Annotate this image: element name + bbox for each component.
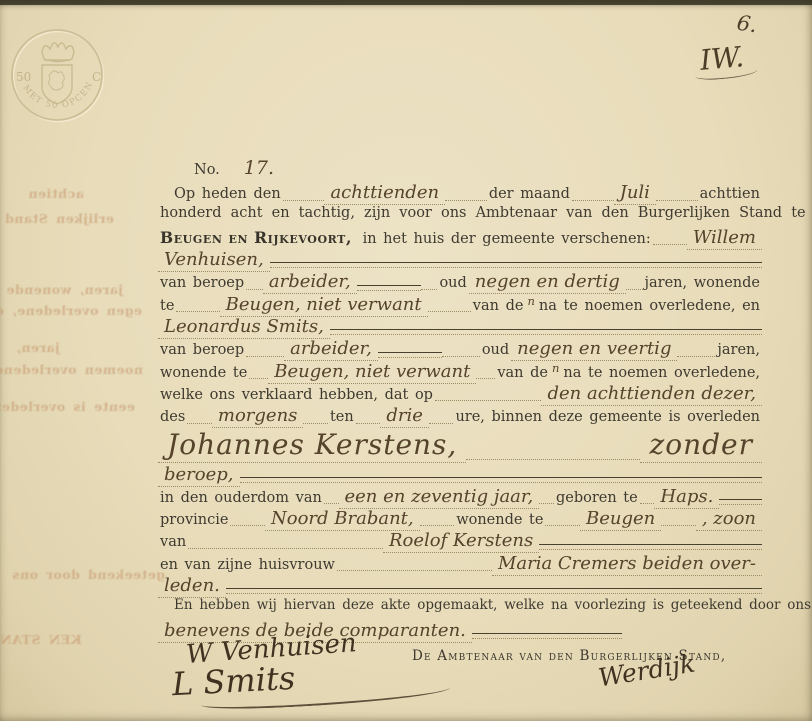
printed-text: provincie bbox=[158, 512, 230, 528]
handwritten-entry: een en zeventig jaar, bbox=[339, 486, 540, 509]
printed-text: Op heden den bbox=[172, 186, 283, 202]
printed-text: honderd acht en tachtig, zijn voor ons A… bbox=[158, 205, 808, 221]
printed-text: van de bbox=[471, 298, 526, 314]
printed-text: jaren, bbox=[715, 342, 762, 358]
dotted-leader bbox=[420, 524, 455, 526]
dotted-leader bbox=[442, 355, 480, 357]
handwritten-entry: Venhuisen, bbox=[158, 249, 270, 272]
bleedthrough-text: KEN STAND, bbox=[0, 632, 82, 647]
dotted-leader bbox=[545, 524, 580, 526]
printed-text: der maand bbox=[487, 186, 572, 202]
document-line: Beugen en Rijkevoort, in het huis der ge… bbox=[158, 227, 762, 249]
handwritten-entry: drie bbox=[380, 405, 429, 428]
handwritten-entry: Beugen, niet verwant bbox=[220, 294, 428, 317]
handwritten-entry: Maria Cremers beiden over- bbox=[492, 553, 762, 576]
dotted-leader bbox=[303, 422, 328, 424]
seal-right-value: C bbox=[92, 70, 101, 84]
handwritten-entry: Haps. bbox=[654, 486, 719, 509]
seal-left-value: 50 bbox=[16, 70, 31, 84]
dotted-leader bbox=[466, 458, 640, 460]
dotted-leader bbox=[661, 524, 696, 526]
dotted-leader bbox=[421, 288, 438, 290]
document-line: beroep, bbox=[158, 464, 762, 486]
signature-declarant-2: L Smits bbox=[171, 659, 296, 703]
handwritten-entry: beroep, bbox=[158, 464, 240, 487]
scan-top-edge bbox=[0, 0, 812, 5]
dotted-leader bbox=[476, 377, 495, 379]
document-line: No.17. bbox=[158, 157, 762, 179]
document-line: provincieNoord Brabant,wonende teBeugen,… bbox=[158, 508, 762, 530]
dotted-leader bbox=[572, 199, 614, 201]
handwritten-entry: zonder bbox=[640, 428, 762, 463]
printed-text: En hebben wij hiervan deze akte opgemaak… bbox=[172, 597, 812, 613]
handwritten-entry: Beugen, niet verwant bbox=[268, 361, 476, 384]
handwritten-entry: Roelof Kerstens bbox=[383, 530, 539, 553]
blank-rule-short bbox=[357, 285, 421, 291]
dotted-leader bbox=[640, 502, 655, 504]
printed-text: No. bbox=[192, 162, 222, 178]
printed-text: van beroep bbox=[158, 275, 246, 291]
inserted-letter: n bbox=[550, 361, 561, 375]
printed-text: te bbox=[158, 298, 176, 314]
printed-smallcaps-text: Beugen en Rijkevoort, bbox=[158, 228, 354, 247]
printed-text: van de bbox=[495, 365, 550, 381]
handwritten-entry: arbeider, bbox=[284, 338, 378, 361]
lion-shield-icon bbox=[42, 65, 72, 104]
handwritten-entry: achttienden bbox=[324, 182, 445, 205]
document-line: honderd acht en tachtig, zijn voor ons A… bbox=[158, 205, 762, 227]
printed-text: achttien bbox=[698, 186, 762, 202]
dotted-leader bbox=[283, 199, 325, 201]
handwritten-entry: Juli bbox=[614, 182, 656, 205]
handwritten-entry: , zoon bbox=[696, 508, 762, 531]
document-line: desmorgenstendrieure, binnen deze gemeen… bbox=[158, 405, 762, 427]
document-line: Johannes Kerstens,zonder bbox=[158, 428, 762, 464]
document-line: teBeugen, niet verwantvan denna te noeme… bbox=[158, 294, 762, 316]
printed-text: na te noemen overledene, bbox=[561, 365, 762, 381]
folio-number-annotation: 6. bbox=[735, 11, 759, 38]
bleedthrough-text: achtien bbox=[28, 186, 84, 201]
blank-rule-short bbox=[378, 352, 442, 358]
printed-text: wonende te bbox=[454, 512, 545, 528]
dotted-leader bbox=[356, 422, 381, 424]
document-line: leden. bbox=[158, 575, 762, 597]
printed-text: geboren te bbox=[554, 490, 640, 506]
handwritten-entry: 17. bbox=[238, 157, 280, 180]
dotted-leader bbox=[230, 524, 265, 526]
bleedthrough-text: erlijken Stand te bbox=[0, 211, 114, 226]
document-line: Leonardus Smits, bbox=[158, 316, 762, 338]
bleedthrough-text: egen overledene, en bbox=[0, 303, 142, 318]
document-line: welke ons verklaard hebben, dat opden ac… bbox=[158, 383, 762, 405]
printed-text: en van zijne huisvrouw bbox=[158, 557, 337, 573]
dotted-leader bbox=[656, 199, 698, 201]
document-line: van beroeparbeider,oudnegen en veertigja… bbox=[158, 338, 762, 360]
printed-text: in het huis der gemeente verschenen: bbox=[354, 231, 653, 247]
document-line: en van zijne huisvrouwMaria Cremers beid… bbox=[158, 553, 762, 575]
document-line: in den ouderdom vaneen en zeventig jaar,… bbox=[158, 486, 762, 508]
handwritten-entry: Willem bbox=[687, 227, 762, 250]
document-body: No.17.Op heden denachttiendender maandJu… bbox=[158, 157, 762, 642]
printed-text: oud bbox=[480, 342, 511, 358]
dotted-leader bbox=[246, 355, 284, 357]
document-line: vanRoelof Kerstens bbox=[158, 530, 762, 552]
printed-text: oud bbox=[437, 275, 468, 291]
scanned-death-certificate: 50 C MET 50 OPCENTEN 6. IW. achtienerlij… bbox=[0, 0, 812, 721]
dotted-leader bbox=[337, 569, 492, 571]
initials-annotation: IW. bbox=[699, 40, 746, 77]
printed-text: des bbox=[158, 409, 187, 425]
dotted-leader bbox=[677, 355, 715, 357]
dotted-leader bbox=[249, 377, 268, 379]
dotted-leader bbox=[188, 547, 383, 549]
dotted-leader bbox=[435, 399, 542, 401]
blank-rule bbox=[330, 329, 762, 335]
handwritten-entry: arbeider, bbox=[263, 271, 357, 294]
bleedthrough-text: noemen overledene, bbox=[0, 362, 143, 377]
bleedthrough-text: eente is overleden bbox=[0, 399, 135, 414]
blank-rule bbox=[240, 477, 762, 483]
embossed-seal-icon: 50 C MET 50 OPCENTEN bbox=[6, 20, 110, 130]
dotted-leader bbox=[246, 288, 263, 290]
bleedthrough-text: geteekend door ons bbox=[12, 567, 165, 582]
document-line: Op heden denachttiendender maandJuliacht… bbox=[158, 182, 762, 204]
document-line: van beroeparbeider,oudnegen en dertigjar… bbox=[158, 271, 762, 293]
handwritten-entry: negen en dertig bbox=[469, 271, 626, 294]
handwritten-entry: Beugen bbox=[580, 508, 661, 531]
printed-text: ure, binnen deze gemeente is overleden bbox=[453, 409, 762, 425]
document-line: Venhuisen, bbox=[158, 249, 762, 271]
handwritten-entry: negen en veertig bbox=[511, 338, 677, 361]
dotted-leader bbox=[187, 422, 212, 424]
dotted-leader bbox=[324, 502, 339, 504]
blank-rule bbox=[719, 499, 762, 505]
handwritten-entry: morgens bbox=[212, 405, 304, 428]
handwritten-entry: Johannes Kerstens, bbox=[158, 428, 466, 463]
printed-text: jaren, wonende bbox=[643, 275, 762, 291]
handwritten-entry: den achttienden dezer, bbox=[541, 383, 762, 406]
document-line: En hebben wij hiervan deze akte opgemaak… bbox=[158, 597, 762, 619]
blank-rule bbox=[226, 588, 762, 594]
inserted-letter: n bbox=[525, 294, 536, 308]
handwritten-entry: Noord Brabant, bbox=[265, 508, 420, 531]
document-line: wonende teBeugen, niet verwantvan denna … bbox=[158, 361, 762, 383]
blank-rule bbox=[270, 262, 762, 268]
handwritten-entry: Leonardus Smits, bbox=[158, 316, 330, 339]
dotted-leader bbox=[445, 199, 487, 201]
printed-text: in den ouderdom van bbox=[158, 490, 324, 506]
printed-text: welke ons verklaard hebben, dat op bbox=[158, 387, 435, 403]
dotted-leader bbox=[626, 288, 643, 290]
dotted-leader bbox=[539, 502, 554, 504]
bleedthrough-text: jaren, bbox=[16, 340, 60, 355]
dotted-leader bbox=[653, 243, 687, 245]
handwritten-entry: leden. bbox=[158, 575, 226, 598]
blank-rule-medium bbox=[472, 633, 622, 639]
printed-text: na te noemen overledene, en bbox=[537, 298, 762, 314]
printed-text: ten bbox=[328, 409, 356, 425]
crown-icon bbox=[42, 43, 74, 62]
bleedthrough-text: jaren, wonende bbox=[6, 282, 123, 297]
dotted-leader bbox=[176, 310, 219, 312]
blank-rule bbox=[539, 544, 762, 550]
printed-text: wonende te bbox=[158, 365, 249, 381]
printed-text: van beroep bbox=[158, 342, 246, 358]
dotted-leader bbox=[428, 310, 471, 312]
dotted-leader bbox=[429, 422, 454, 424]
printed-text: van bbox=[158, 534, 188, 550]
